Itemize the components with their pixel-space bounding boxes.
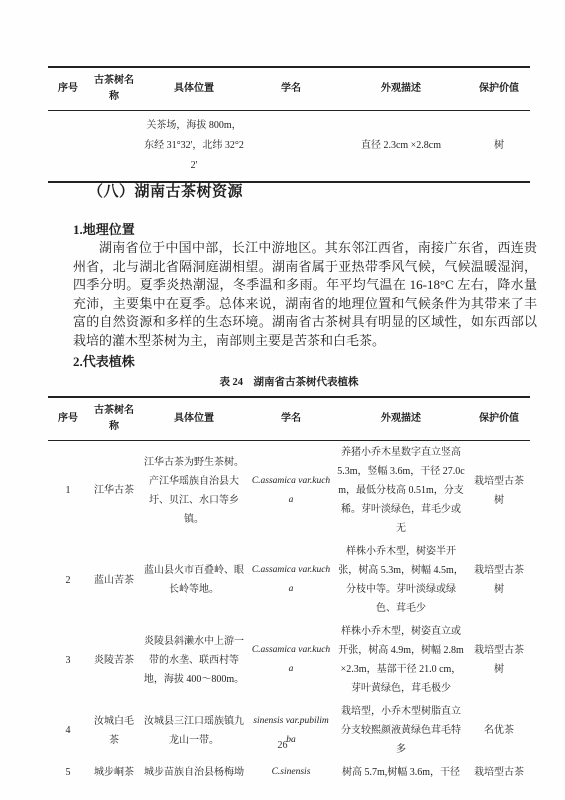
geography-paragraph: 湖南省位于中国中部，长江中游地区。其东邻江西省，南接广东省，西连贵州省，北与湖北… xyxy=(73,239,537,350)
page-number: 26 xyxy=(0,740,565,751)
cell-description: 养猪小乔木星数字直立竖高 5.3m，竖幅 3.6m，干径 27.0cm，最低分枝… xyxy=(334,441,468,541)
cell-location: 炎陵县斜濑水中上游一带的水垄、联西村等地，海拔 400～800m。 xyxy=(140,620,248,700)
table-row: 2 蓝山苦茶 蓝山县火市百叠岭、眼长岭等地。 C.assamica var.ku… xyxy=(48,540,530,620)
cell-latin: C.assamica var.kucha xyxy=(248,620,334,700)
table-row: 1 江华古茶 江华古茶为野生茶树。产江华瑶族自治县大圩、贝江、水口等乡镇。 C.… xyxy=(48,441,530,541)
continuation-table-wrap: 序号 古茶树名称 具体位置 学名 外观描述 保护价值 关茶场，海拔 800m，东… xyxy=(48,66,530,183)
table-row: 5 城步峒茶 城步苗族自治县杨梅坳 C.sinensis 树高 5.7m,树幅 … xyxy=(48,761,530,784)
subsection-geography: 1.地理位置 xyxy=(73,219,135,238)
cell-value: 栽培型古茶树 xyxy=(468,540,530,620)
cell-name xyxy=(88,111,140,183)
subsection-representative: 2.代表植株 xyxy=(73,351,135,370)
table-row: 关茶场，海拔 800m，东经 31°32'，北纬 32°22' 直径 2.3cm… xyxy=(48,111,530,183)
cell-description: 栽培型，小乔木型树脂直立分支较熙颜液黄绿色茸毛特多 xyxy=(334,700,468,761)
cell-name: 蓝山苦茶 xyxy=(88,540,140,620)
cell-value: 树 xyxy=(468,111,530,183)
header-latin: 学名 xyxy=(248,397,334,441)
cell-name: 炎陵苦茶 xyxy=(88,620,140,700)
header-description: 外观描述 xyxy=(334,67,468,111)
cell-no: 3 xyxy=(48,620,88,700)
representative-table: 序号 古茶树名称 具体位置 学名 外观描述 保护价值 1 江华古茶 江华古茶为野… xyxy=(48,396,530,784)
header-no: 序号 xyxy=(48,397,88,441)
header-latin: 学名 xyxy=(248,67,334,111)
cell-value: 栽培型古茶树 xyxy=(468,441,530,541)
cell-description: 树高 5.7m,树幅 3.6m，干径 xyxy=(334,761,468,784)
cell-no: 4 xyxy=(48,700,88,761)
cell-name: 城步峒茶 xyxy=(88,761,140,784)
section-heading: （八）湖南古茶树资源 xyxy=(88,180,243,201)
cell-location: 蓝山县火市百叠岭、眼长岭等地。 xyxy=(140,540,248,620)
cell-no: 5 xyxy=(48,761,88,784)
cell-name: 江华古茶 xyxy=(88,441,140,541)
cell-location: 江华古茶为野生茶树。产江华瑶族自治县大圩、贝江、水口等乡镇。 xyxy=(140,441,248,541)
continuation-table: 序号 古茶树名称 具体位置 学名 外观描述 保护价值 关茶场，海拔 800m，东… xyxy=(48,66,530,183)
table-row: 3 炎陵苦茶 炎陵县斜濑水中上游一带的水垄、联西村等地，海拔 400～800m。… xyxy=(48,620,530,700)
header-location: 具体位置 xyxy=(140,67,248,111)
header-no: 序号 xyxy=(48,67,88,111)
cell-description: 样株小乔木型，树姿半开张，树高 5.3m，树幅 4.5m，分枝中等。芽叶淡绿或绿… xyxy=(334,540,468,620)
representative-table-wrap: 序号 古茶树名称 具体位置 学名 外观描述 保护价值 1 江华古茶 江华古茶为野… xyxy=(48,396,530,784)
header-description: 外观描述 xyxy=(334,397,468,441)
cell-location: 汝城县三江口瑶族镇九龙山一带。 xyxy=(140,700,248,761)
cell-value: 名优茶 xyxy=(468,700,530,761)
cell-latin xyxy=(248,111,334,183)
table-caption: 表 24 湖南省古茶树代表植株 xyxy=(48,374,530,389)
cell-description: 样株小乔木型，树姿直立或开张，树高 4.9m，树幅 2.8m×2.3m，基部干径… xyxy=(334,620,468,700)
header-name: 古茶树名称 xyxy=(88,397,140,441)
cell-location: 关茶场，海拔 800m，东经 31°32'，北纬 32°22' xyxy=(140,111,248,183)
document-page: 序号 古茶树名称 具体位置 学名 外观描述 保护价值 关茶场，海拔 800m，东… xyxy=(0,0,565,800)
cell-value: 栽培型古茶 xyxy=(468,761,530,784)
table-row: 4 汝城白毛茶 汝城县三江口瑶族镇九龙山一带。 sinensis var.pub… xyxy=(48,700,530,761)
cell-location: 城步苗族自治县杨梅坳 xyxy=(140,761,248,784)
cell-latin: C.assamica var.kucha xyxy=(248,540,334,620)
cell-no: 2 xyxy=(48,540,88,620)
cell-value: 栽培型古茶树 xyxy=(468,620,530,700)
cell-description: 直径 2.3cm ×2.8cm xyxy=(334,111,468,183)
cell-latin: sinensis var.pubilimba xyxy=(248,700,334,761)
table-header-row: 序号 古茶树名称 具体位置 学名 外观描述 保护价值 xyxy=(48,67,530,111)
cell-latin: C.assamica var.kucha xyxy=(248,441,334,541)
cell-latin: C.sinensis xyxy=(248,761,334,784)
header-name: 古茶树名称 xyxy=(88,67,140,111)
header-value: 保护价值 xyxy=(468,397,530,441)
header-value: 保护价值 xyxy=(468,67,530,111)
cell-no xyxy=(48,111,88,183)
header-location: 具体位置 xyxy=(140,397,248,441)
cell-no: 1 xyxy=(48,441,88,541)
table-header-row: 序号 古茶树名称 具体位置 学名 外观描述 保护价值 xyxy=(48,397,530,441)
cell-name: 汝城白毛茶 xyxy=(88,700,140,761)
